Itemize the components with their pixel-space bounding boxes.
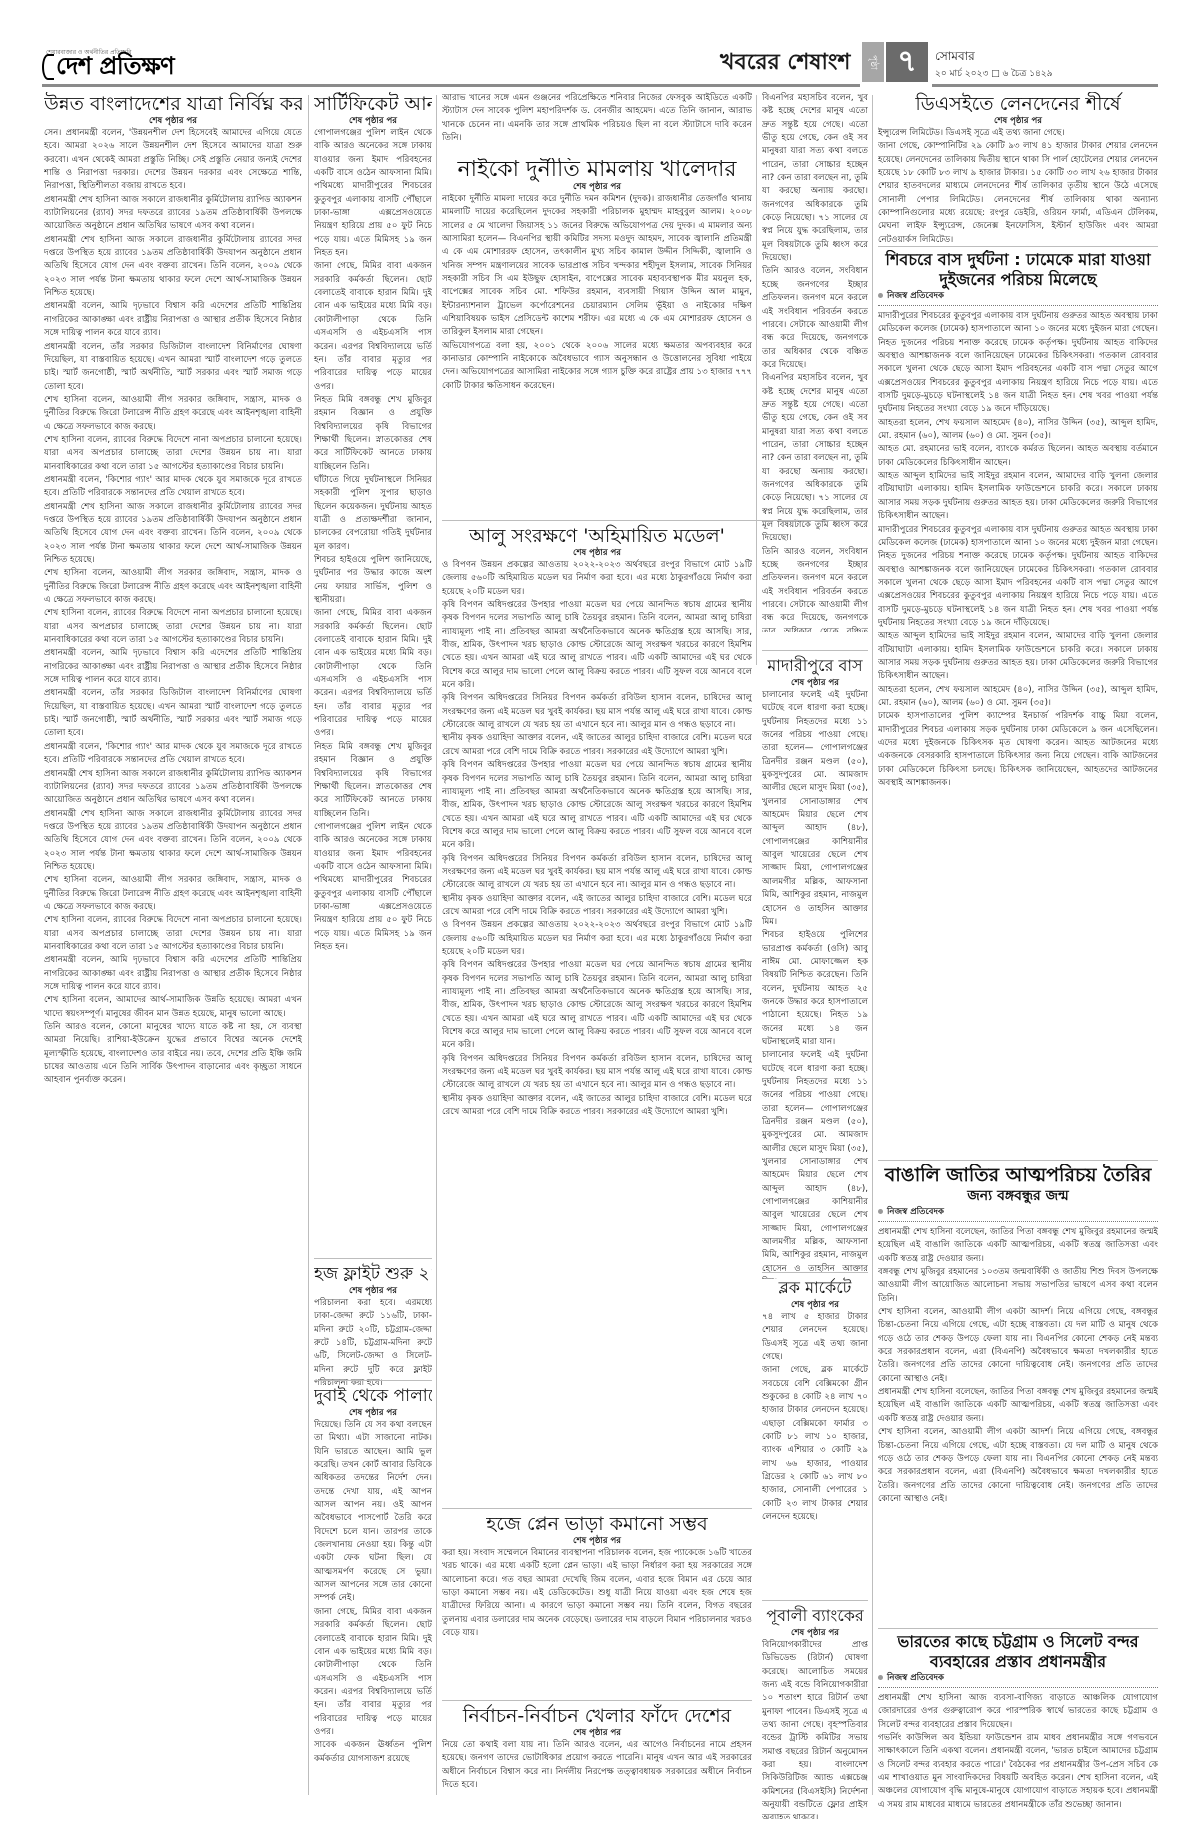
paragraph: আহত আব্দুল হামিদের ভাই সাইদুর রহমান বলেন… bbox=[878, 470, 1158, 523]
byline-text: নিজস্ব প্রতিবেদক bbox=[887, 1673, 944, 1683]
paragraph: প্রধানমন্ত্রী শেখ হাসিনা আজ সকালে রাজধান… bbox=[44, 194, 302, 234]
divider bbox=[442, 1508, 752, 1509]
continued-label: শেষ পৃষ্ঠার পর bbox=[314, 116, 432, 127]
logo-text: দেশ প্রতিক্ষণ bbox=[56, 52, 174, 80]
divider bbox=[878, 1160, 1158, 1161]
paragraph: শেখ হাসিনা বলেন, র‍্যাবের বিরুদ্ধে বিদেশ… bbox=[44, 434, 302, 474]
byline-text: নিজস্ব প্রতিবেদক bbox=[887, 1207, 944, 1217]
article-body: নাইকো দুর্নীতি মামলা দায়ের করে দুর্নীতি… bbox=[442, 193, 752, 493]
paragraph: প্রধানমন্ত্রী বলেন, তাঁর সরকার ডিজিটাল ব… bbox=[44, 687, 302, 740]
paragraph: চালানোর ফলেই এই দুর্ঘটনা ঘটেছে বলে ধারণা… bbox=[762, 1049, 868, 1279]
article-madaripur-bus: মাদারীপুরে বাস শেষ পৃষ্ঠার পর চালানোর ফল… bbox=[762, 654, 868, 1279]
paragraph: কৃষি বিপণন অধিদপ্তরের সিনিয়র বিপণন কর্ম… bbox=[442, 692, 752, 732]
column-divider bbox=[872, 95, 873, 1795]
column-divider bbox=[436, 95, 437, 1795]
masthead-rule-left bbox=[42, 84, 860, 87]
paragraph: শিবচর হাইওয়ে পুলিশ জানিয়েছে, দুর্ঘটনার… bbox=[314, 554, 432, 607]
paragraph: গোপালগঞ্জের পুলিশ লাইন থেকে বাকি আরও অনে… bbox=[314, 127, 432, 260]
column-divider bbox=[756, 95, 757, 665]
paragraph: নিয়ে তো কথাই বলা যায় না। তিনি আরও বলেন… bbox=[442, 1739, 752, 1792]
paragraph: শিবচর হাইওয়ে পুলিশের ভারপ্রাপ্ত কর্মকর্… bbox=[762, 929, 868, 1049]
headline[interactable]: নির্বাচন-নির্বাচন খেলার ফাঁদে দেশের bbox=[442, 1704, 752, 1728]
paragraph: করা হয়। সংবাদ সম্মেলনে বিমানের ব্যবস্থা… bbox=[442, 1547, 752, 1640]
paragraph: শেখ হাসিনা বলেন, র‍্যাবের বিরুদ্ধে বিদেশ… bbox=[44, 607, 302, 647]
paragraph: শেখ হাসিনা বলেন, আওয়ামী লীগ সরকার জঙ্গি… bbox=[44, 567, 302, 607]
paragraph: ও বিপণন উন্নয়ন প্রকল্পের আওতায় ২০২২-২০… bbox=[442, 559, 752, 599]
paragraph: আরাভ খানের সঙ্গে এমন গুঞ্জনের পরিপ্রেক্ষ… bbox=[442, 92, 752, 145]
headline-line2[interactable]: জন্য বঙ্গবন্ধুর জন্ম bbox=[878, 1186, 1158, 1206]
paragraph: সেন। প্রধানমন্ত্রী বলেন, 'উন্নয়নশীল দেশ… bbox=[44, 127, 302, 194]
paragraph: প্রধানমন্ত্রী বলেন, 'কিশোর গ্যাং' আর মাদ… bbox=[44, 741, 302, 768]
divider bbox=[878, 246, 1158, 247]
article-body: দিয়েছে। তিনি যে সব কথা বলছেন তা মিথ্যা।… bbox=[314, 1419, 432, 1814]
date-line: ২০ মার্চ ২০২৩ □ ৬ চৈত্র ১৪২৯ bbox=[935, 66, 1053, 81]
paragraph: স্থানীয় কৃষক ওয়াহিদা আক্তার বলেন, এই জ… bbox=[442, 893, 752, 920]
article-pubali: পূবালী ব্যাংকের শেষ পৃষ্ঠার পর বিনিয়োগক… bbox=[762, 1604, 868, 1819]
paragraph: আহতরা হলেন, শেখ ফয়সাল আহমেদ (৪০), নাসির… bbox=[878, 417, 1158, 444]
continued-label: শেষ পৃষ্ঠার পর bbox=[314, 1408, 432, 1419]
paragraph: ৭৪ লাখ ৫ হাজার টাকার শেয়ার লেনদেন হয়েছ… bbox=[762, 1311, 868, 1364]
paragraph: গভর্নিং কাউন্সিল অব ইন্ডিয়া ফাউন্ডেশন র… bbox=[878, 1732, 1158, 1812]
page-label: পৃষ্ঠা bbox=[862, 42, 884, 82]
paragraph: শেখ হাসিনা বলেন, আওয়ামী লীগ একটা আদর্শ।… bbox=[878, 1306, 1158, 1386]
headline[interactable]: ডিএসইতে লেনদেনের শীর্ষে bbox=[878, 92, 1158, 116]
byline: নিজস্ব প্রতিবেদক bbox=[878, 290, 1158, 306]
paragraph: মাদারীপুরের শিবচরের কুতুবপুর এলাকায় বাস… bbox=[878, 310, 1158, 417]
article-bnp: বিএনপির মহাসচিব বলেন, খুব কষ্ট হচ্ছে দেশ… bbox=[762, 92, 868, 632]
article-body: করা হয়। সংবাদ সম্মেলনে বিমানের ব্যবস্থা… bbox=[442, 1547, 752, 1697]
divider bbox=[442, 1700, 752, 1701]
article-body: মাদারীপুরের শিবচরের কুতুবপুর এলাকায় বাস… bbox=[878, 310, 1158, 1130]
byline: নিজস্ব প্রতিবেদক bbox=[878, 1672, 1158, 1688]
continued-label: শেষ পৃষ্ঠার পর bbox=[762, 1300, 868, 1311]
paragraph: কৃষি বিপণন অধিদপ্তরের উপহার পাওয়া মডেল … bbox=[442, 599, 752, 692]
article-body: বিনিয়োগকারীদের প্রাপ্ত ডিভিডেন্ড (রিটার… bbox=[762, 1639, 868, 1819]
paragraph: শেখ হাসিনা বলেন, আওয়ামী লীগ সরকার জঙ্গি… bbox=[44, 394, 302, 434]
paragraph: শেখ হাসিনা বলেন, র‍্যাবের বিরুদ্ধে বিদেশ… bbox=[44, 914, 302, 954]
article-body: ও বিপণন উন্নয়ন প্রকল্পের আওতায় ২০২২-২০… bbox=[442, 559, 752, 1529]
paragraph: কৃষি বিপণন অধিদপ্তরের উপহার পাওয়া মডেল … bbox=[442, 759, 752, 852]
headline[interactable]: দুবাই থেকে পালাতে bbox=[314, 1384, 432, 1408]
paragraph: প্রধানমন্ত্রী শেখ হাসিনা আজ সকালে রাজধান… bbox=[44, 808, 302, 875]
headline[interactable]: শিবচরে বাস দুর্ঘটনা : ঢামেকে মারা যাওয়া bbox=[878, 250, 1158, 270]
continued-label: শেষ পৃষ্ঠার পর bbox=[44, 116, 302, 127]
continued-label: শেষ পৃষ্ঠার পর bbox=[442, 548, 752, 559]
headline[interactable]: হজে প্লেন ভাড়া কমানো সম্ভব bbox=[442, 1512, 752, 1536]
paragraph: প্রধানমন্ত্রী শেখ হাসিনা আজ সকালে রাজধান… bbox=[44, 234, 302, 301]
article-certificate: সার্টিফিকেট আনতে শেষ পৃষ্ঠার পর গোপালগঞ্… bbox=[314, 92, 432, 1237]
article-lead: আরাভ খানের সঙ্গে এমন গুঞ্জনের পরিপ্রেক্ষ… bbox=[442, 92, 752, 158]
paragraph: নিহত মিমি বঙ্গবন্ধু শেখ মুজিবুর রহমান বি… bbox=[314, 394, 432, 474]
day-name: সোমবার bbox=[935, 48, 975, 68]
paragraph: আহতরা হলেন, শেখ ফয়সাল আহমেদ (৪০), নাসির… bbox=[878, 684, 1158, 711]
paragraph: জানা গেছে, মিমির বাবা একজন সরকারি কর্মকর… bbox=[314, 1606, 432, 1739]
paragraph: সাবেক একজন ঊর্ধ্বতন পুলিশ কর্মকর্তার যোগ… bbox=[314, 1739, 432, 1766]
paragraph: কৃষি বিপণন অধিদপ্তরের সিনিয়র বিপণন কর্ম… bbox=[442, 853, 752, 893]
paragraph: স্থানীয় কৃষক ওয়াহিদা আক্তার বলেন, এই জ… bbox=[442, 1093, 752, 1120]
headline[interactable]: ব্লক মার্কেটে bbox=[762, 1276, 868, 1300]
logo-emblem-icon bbox=[42, 54, 54, 80]
masthead-rule-right bbox=[932, 84, 1158, 87]
article-body: ইন্স্যুরেন্স লিমিটেড। ডিএসই সূত্রে এই তথ… bbox=[878, 127, 1158, 269]
paragraph: জানা গেছে, মিমির বাবা একজন সরকারি কর্মকর… bbox=[314, 607, 432, 740]
paragraph: দিয়েছে। তিনি যে সব কথা বলছেন তা মিথ্যা।… bbox=[314, 1419, 432, 1606]
article-hajj-flights: হজ ফ্লাইট শুরু ২১ শেষ পৃষ্ঠার পর পরিচালন… bbox=[314, 1262, 432, 1393]
article-election: নির্বাচন-নির্বাচন খেলার ফাঁদে দেশের শেষ … bbox=[442, 1704, 752, 1809]
article-dse-top: ডিএসইতে লেনদেনের শীর্ষে শেষ পৃষ্ঠার পর ই… bbox=[878, 92, 1158, 269]
headline-line2[interactable]: দুইজনের পরিচয় মিলেছে bbox=[878, 270, 1158, 290]
paragraph: জানা গেছে, ব্লক মার্কেটে সবচেয়ে বেশি বে… bbox=[762, 1364, 868, 1524]
paragraph: জানা গেছে, কোম্পানিটির ২৯ কোটি ৯৩ লাখ ৪১… bbox=[878, 140, 1158, 247]
article-development: উন্নত বাংলাদেশের যাত্রা নির্বিঘ্ন করতে শ… bbox=[44, 92, 302, 1767]
paragraph: বিএনপির মহাসচিব বলেন, খুব কষ্ট হচ্ছে দেশ… bbox=[762, 92, 868, 265]
continued-label: শেষ পৃষ্ঠার পর bbox=[878, 116, 1158, 127]
page-number: ৭ bbox=[886, 42, 928, 82]
continued-label: শেষ পৃষ্ঠার পর bbox=[442, 182, 752, 193]
paragraph: গোপালগঞ্জের পুলিশ লাইন থেকে বাকি আরও অনে… bbox=[314, 821, 432, 954]
paragraph: নাইকো দুর্নীতি মামলা দায়ের করে দুর্নীতি… bbox=[442, 193, 752, 340]
paragraph: ঢামেক হাসপাতালের পুলিশ ক্যাম্পের ইনচার্জ… bbox=[878, 710, 1158, 790]
headline[interactable]: নাইকো দুর্নীতি মামলায় খালেদার bbox=[442, 158, 752, 182]
paragraph: তিনি আরও বলেন, কোনো মানুষের খাদ্যে যাতে … bbox=[44, 1021, 302, 1088]
article-body: প্রধানমন্ত্রী শেখ হাসিনা আজ ব্যবসা-বাণিজ… bbox=[878, 1692, 1158, 1842]
article-body: প্রধানমন্ত্রী শেখ হাসিনা বলেছেন, জাতির প… bbox=[878, 1226, 1158, 1666]
byline: নিজস্ব প্রতিবেদক bbox=[878, 1206, 1158, 1222]
paragraph: অভিযোগপত্রে বলা হয়, ২০০১ থেকে ২০০৬ সালে… bbox=[442, 340, 752, 393]
divider bbox=[878, 1628, 1158, 1629]
article-hajj-fare: হজে প্লেন ভাড়া কমানো সম্ভব শেষ পৃষ্ঠার … bbox=[442, 1512, 752, 1697]
article-body: সেন। প্রধানমন্ত্রী বলেন, 'উন্নয়নশীল দেশ… bbox=[44, 127, 302, 1767]
paragraph: প্রধানমন্ত্রী বলেন, তাঁর সরকার ডিজিটাল ব… bbox=[44, 341, 302, 394]
paragraph: মাদারীপুরের শিবচরের কুতুবপুর এলাকায় বাস… bbox=[878, 524, 1158, 631]
paragraph: ও বিপণন উন্নয়ন প্রকল্পের আওতায় ২০২২-২০… bbox=[442, 919, 752, 959]
paragraph: জানা গেছে, মিমির বাবা একজন সরকারি কর্মকর… bbox=[314, 260, 432, 393]
article-body: গোপালগঞ্জের পুলিশ লাইন থেকে বাকি আরও অনে… bbox=[314, 127, 432, 1237]
paragraph: প্রধানমন্ত্রী বলেন, আমি দৃঢ়ভাবে বিশ্বাস… bbox=[44, 647, 302, 687]
continued-label: শেষ পৃষ্ঠার পর bbox=[314, 1286, 432, 1297]
paragraph: বিনিয়োগকারীদের প্রাপ্ত ডিভিডেন্ড (রিটার… bbox=[762, 1639, 868, 1819]
paragraph: তিনি আরও বলেন, সংবিধান হচ্ছে জনগণের ইচ্ছ… bbox=[762, 546, 868, 632]
divider bbox=[762, 650, 868, 651]
paragraph: প্রধানমন্ত্রী শেখ হাসিনা আজ সকালে রাজধান… bbox=[44, 768, 302, 808]
headline[interactable]: বাঙালি জাতির আত্মপরিচয় তৈরির bbox=[878, 1164, 1158, 1186]
headline[interactable]: মাদারীপুরে বাস bbox=[762, 654, 868, 678]
paragraph: প্রধানমন্ত্রী বলেন, 'কিশোর গ্যাং' আর মাদ… bbox=[44, 474, 302, 501]
headline-line2[interactable]: ব্যবহারের প্রস্তাব প্রধানমন্ত্রীর bbox=[878, 1652, 1158, 1672]
paragraph: বঙ্গবন্ধু শেখ মুজিবুর রহমানের ১০৩তম জন্ম… bbox=[878, 1266, 1158, 1306]
divider bbox=[314, 1380, 432, 1381]
paragraph: নিহত মিমি বঙ্গবন্ধু শেখ মুজিবুর রহমান বি… bbox=[314, 741, 432, 821]
paragraph: তিনি আরও বলেন, সংবিধান হচ্ছে জনগণের ইচ্ছ… bbox=[762, 265, 868, 372]
article-dubai: দুবাই থেকে পালাতে শেষ পৃষ্ঠার পর দিয়েছে… bbox=[314, 1384, 432, 1814]
masthead: শেয়ারবাজার ও অর্থনীতির প্রতিচ্ছবি দেশ প… bbox=[0, 0, 1200, 82]
article-body: চালানোর ফলেই এই দুর্ঘটনা ঘটেছে বলে ধারণা… bbox=[762, 689, 868, 1279]
headline[interactable]: সার্টিফিকেট আনতে bbox=[314, 92, 432, 116]
paragraph: কৃষি বিপণন অধিদপ্তরের উপহার পাওয়া মডেল … bbox=[442, 959, 752, 1052]
article-shibchar: শিবচরে বাস দুর্ঘটনা : ঢামেকে মারা যাওয়া… bbox=[878, 250, 1158, 1130]
headline[interactable]: ভারতের কাছে চট্টগ্রাম ও সিলেট বন্দর bbox=[878, 1632, 1158, 1652]
paragraph: ইন্স্যুরেন্স লিমিটেড। ডিএসই সূত্রে এই তথ… bbox=[878, 127, 1158, 140]
headline[interactable]: হজ ফ্লাইট শুরু ২১ bbox=[314, 1262, 432, 1286]
article-body: নিয়ে তো কথাই বলা যায় না। তিনি আরও বলেন… bbox=[442, 1739, 752, 1809]
article-niko: আরাভ খানের সঙ্গে এমন গুঞ্জনের পরিপ্রেক্ষ… bbox=[442, 92, 752, 493]
paragraph: আহত মো. রহমানের ভাই বলেন, ব্যাংকে কর্মরত… bbox=[878, 443, 1158, 470]
article-body: বিএনপির মহাসচিব বলেন, খুব কষ্ট হচ্ছে দেশ… bbox=[762, 92, 868, 632]
paragraph: প্রধানমন্ত্রী শেখ হাসিনা বলেছেন, জাতির প… bbox=[878, 1386, 1158, 1426]
paragraph: পরিচালনা করা হবে। এরমধ্যে ঢাকা-জেদ্দা রু… bbox=[314, 1297, 432, 1390]
paragraph: প্রধানমন্ত্রী বলেন, আমি দৃঢ়ভাবে বিশ্বাস… bbox=[44, 300, 302, 340]
divider bbox=[442, 520, 868, 521]
article-block-market: ব্লক মার্কেটে শেষ পৃষ্ঠার পর ৭৪ লাখ ৫ হা… bbox=[762, 1276, 868, 1611]
paragraph: প্রধানমন্ত্রী বলেন, আমি দৃঢ়ভাবে বিশ্বাস… bbox=[44, 954, 302, 994]
article-body: ৭৪ লাখ ৫ হাজার টাকার শেয়ার লেনদেন হয়েছ… bbox=[762, 1311, 868, 1611]
article-ports: ভারতের কাছে চট্টগ্রাম ও সিলেট বন্দর ব্যব… bbox=[878, 1632, 1158, 1842]
paragraph: প্রধানমন্ত্রী শেখ হাসিনা বলেছেন, জাতির প… bbox=[878, 1226, 1158, 1266]
divider bbox=[314, 1258, 432, 1259]
continued-label: শেষ পৃষ্ঠার পর bbox=[442, 1728, 752, 1739]
paragraph: প্রধানমন্ত্রী শেখ হাসিনা আজ সকালে রাজধান… bbox=[44, 501, 302, 568]
newspaper-logo[interactable]: দেশ প্রতিক্ষণ bbox=[42, 52, 174, 80]
paragraph: ঘাঁটাতে গিয়ে দুর্ঘটনাস্থলে সিনিয়র সহকা… bbox=[314, 474, 432, 554]
paragraph: শেখ হাসিনা বলেন, আওয়ামী লীগ সরকার জঙ্গি… bbox=[44, 874, 302, 914]
divider bbox=[762, 1272, 868, 1273]
divider bbox=[762, 1600, 868, 1601]
paragraph: শেখ হাসিনা বলেন, আমাদের আর্থ-সামাজিক উন্… bbox=[44, 994, 302, 1021]
paragraph: চালানোর ফলেই এই দুর্ঘটনা ঘটেছে বলে ধারণা… bbox=[762, 689, 868, 929]
bullet-icon bbox=[878, 1209, 883, 1214]
continued-label: শেষ পৃষ্ঠার পর bbox=[442, 1536, 752, 1547]
bullet-icon bbox=[878, 1675, 883, 1680]
paragraph: আহত আব্দুল হামিদের ভাই সাইদুর রহমান বলেন… bbox=[878, 630, 1158, 683]
paragraph: স্থানীয় কৃষক ওয়াহিদা আক্তার বলেন, এই জ… bbox=[442, 732, 752, 759]
byline-text: নিজস্ব প্রতিবেদক bbox=[887, 291, 944, 301]
article-identity: বাঙালি জাতির আত্মপরিচয় তৈরির জন্য বঙ্গব… bbox=[878, 1164, 1158, 1666]
paragraph: শেখ হাসিনা বলেন, আওয়ামী লীগ একটা আদর্শ।… bbox=[878, 1426, 1158, 1506]
article-body: পরিচালনা করা হবে। এরমধ্যে ঢাকা-জেদ্দা রু… bbox=[314, 1297, 432, 1393]
section-title: খবরের শেষাংশ bbox=[720, 48, 850, 78]
article-potato-model: আলু সংরক্ষণে 'অহিমায়িত মডেল' শেষ পৃষ্ঠা… bbox=[442, 524, 752, 1529]
bullet-icon bbox=[878, 293, 883, 298]
paragraph: প্রধানমন্ত্রী শেখ হাসিনা আজ ব্যবসা-বাণিজ… bbox=[878, 1692, 1158, 1732]
column-divider bbox=[308, 95, 309, 1795]
continued-label: শেষ পৃষ্ঠার পর bbox=[762, 1628, 868, 1639]
headline[interactable]: পূবালী ব্যাংকের bbox=[762, 1604, 868, 1628]
headline[interactable]: আলু সংরক্ষণে 'অহিমায়িত মডেল' bbox=[442, 524, 752, 548]
paragraph: কৃষি বিপণন অধিদপ্তরের সিনিয়র বিপণন কর্ম… bbox=[442, 1053, 752, 1093]
continued-label: শেষ পৃষ্ঠার পর bbox=[762, 678, 868, 689]
headline[interactable]: উন্নত বাংলাদেশের যাত্রা নির্বিঘ্ন করতে bbox=[44, 92, 302, 116]
